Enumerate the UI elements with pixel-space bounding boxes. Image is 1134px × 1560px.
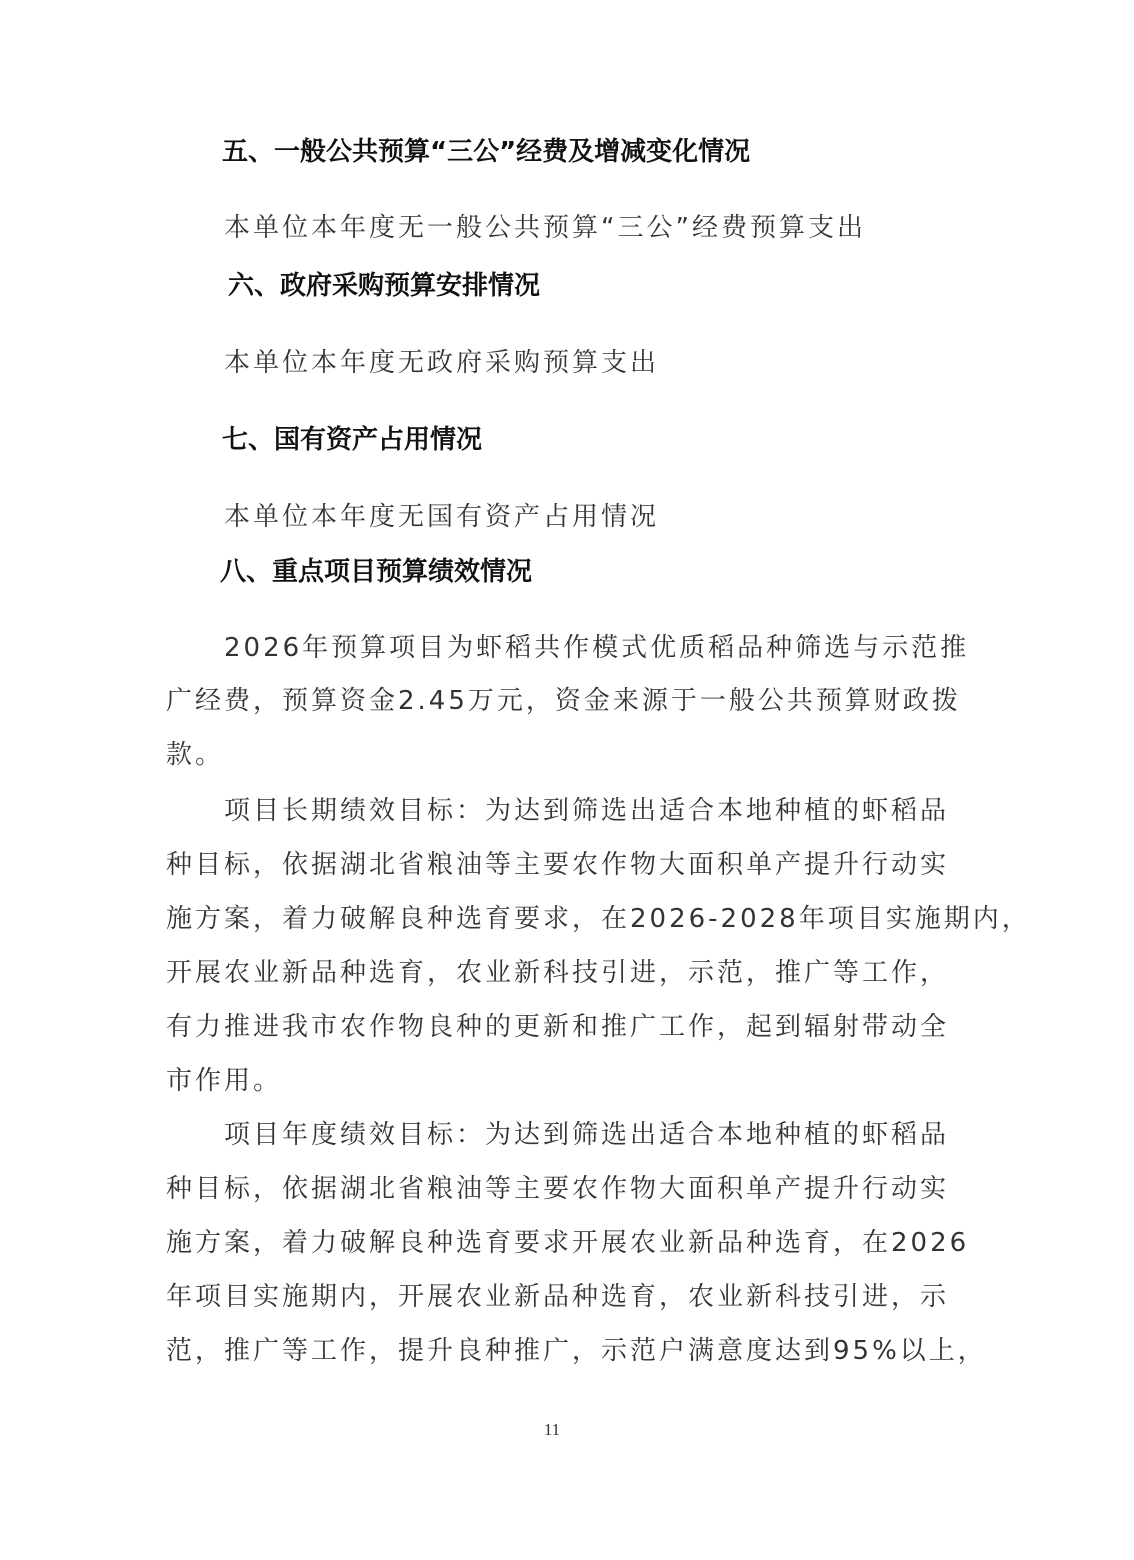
section-heading-8: 八、重点项目预算绩效情况 (220, 557, 532, 587)
long-term-goal-line-5: 有力推进我市农作物良种的更新和推广工作，起到辐射带动全 (166, 1012, 949, 1042)
section-5-paragraph: 本单位本年度无一般公共预算“三公”经费预算支出 (224, 213, 866, 243)
section-heading-6: 六、政府采购预算安排情况 (228, 271, 540, 301)
annual-goal-line-1: 项目年度绩效目标：为达到筛选出适合本地种植的虾稻品 (224, 1120, 949, 1150)
section-heading-7: 七、国有资产占用情况 (222, 425, 482, 455)
annual-goal-line-2: 种目标，依据湖北省粮油等主要农作物大面积单产提升行动实 (166, 1174, 949, 1204)
budget-project-line-2: 广经费，预算资金2.45万元，资金来源于一般公共预算财政拨 (166, 686, 961, 716)
annual-goal-line-5: 范，推广等工作，提升良种推广，示范户满意度达到95%以上， (166, 1336, 987, 1366)
budget-project-line-3: 款。 (166, 740, 224, 770)
annual-goal-line-3: 施方案，着力破解良种选育要求开展农业新品种选育，在2026 (166, 1228, 969, 1258)
annual-goal-line-4: 年项目实施期内，开展农业新品种选育，农业新科技引进，示 (166, 1282, 949, 1312)
section-6-paragraph: 本单位本年度无政府采购预算支出 (224, 348, 659, 378)
long-term-goal-line-6: 市作用。 (166, 1066, 282, 1096)
long-term-goal-line-2: 种目标，依据湖北省粮油等主要农作物大面积单产提升行动实 (166, 850, 949, 880)
long-term-goal-line-1: 项目长期绩效目标：为达到筛选出适合本地种植的虾稻品 (224, 796, 949, 826)
long-term-goal-line-3: 施方案，着力破解良种选育要求，在2026-2028年项目实施期内， (166, 904, 1031, 934)
section-heading-5: 五、一般公共预算“三公”经费及增减变化情况 (222, 137, 750, 167)
section-7-paragraph: 本单位本年度无国有资产占用情况 (224, 502, 659, 532)
budget-project-line-1: 2026年预算项目为虾稻共作模式优质稻品种筛选与示范推 (224, 633, 969, 663)
long-term-goal-line-4: 开展农业新品种选育，农业新科技引进，示范，推广等工作， (166, 958, 949, 988)
document-page: 五、一般公共预算“三公”经费及增减变化情况 本单位本年度无一般公共预算“三公”经… (0, 0, 1134, 1560)
page-number: 11 (0, 1420, 1104, 1440)
